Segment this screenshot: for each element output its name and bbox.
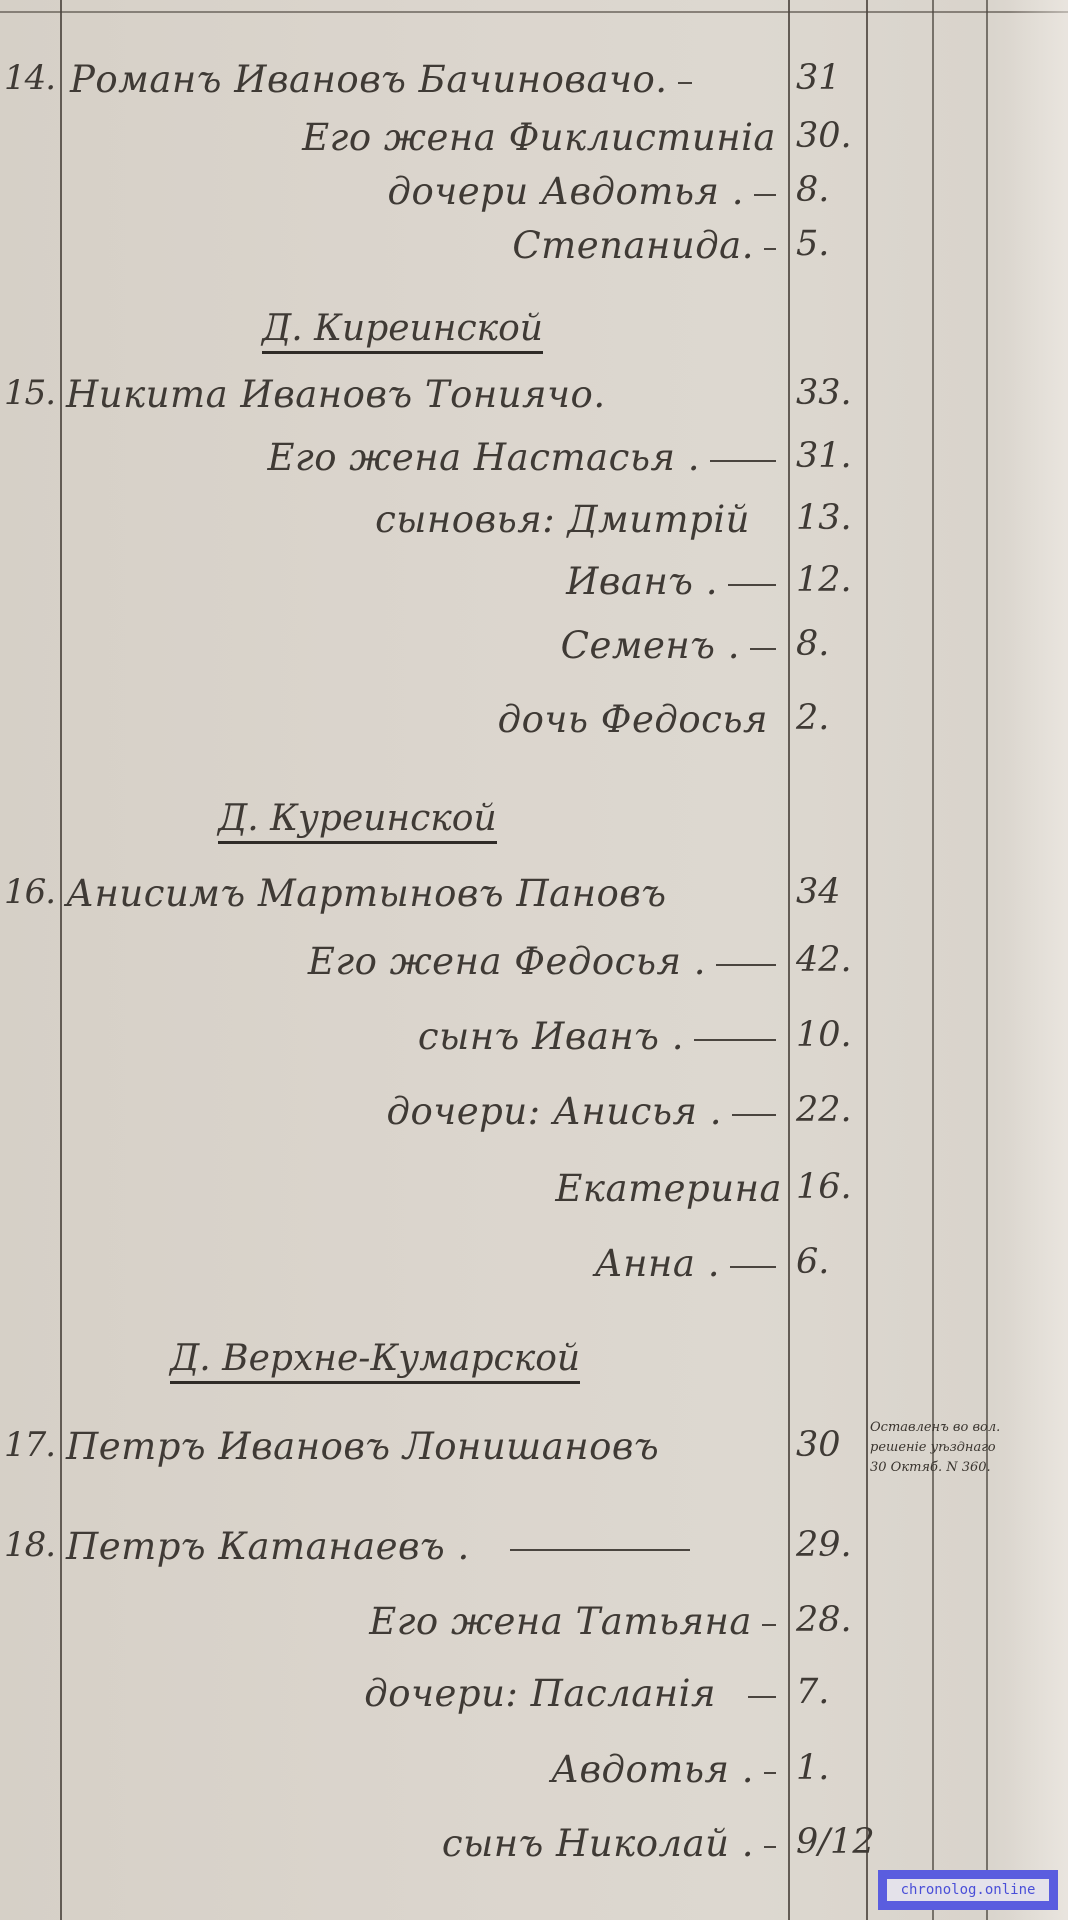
household-16-member: Екатерина 16. [0, 1167, 1068, 1227]
household-16-head: 16. Анисимъ Мартыновъ Пановъ 34 [0, 872, 1068, 932]
member-age: 29. [796, 1525, 862, 1565]
member-name: дочери: Пасланія [364, 1672, 776, 1715]
member-name: Его жена Фиклистиніа [302, 116, 776, 159]
household-18-member: дочери: Пасланія 7. [0, 1672, 1068, 1732]
member-name: сынъ Иванъ . [418, 1015, 776, 1058]
household-14-member: дочери Авдотья . 8. [0, 170, 1068, 230]
name-text: сынъ Иванъ . [418, 1015, 684, 1058]
household-15-member: Его жена Настасья . 31. [0, 436, 1068, 496]
member-name: Его жена Настасья . [268, 436, 776, 479]
household-15-head: 15. Никита Ивановъ Тониячо. 33. [0, 373, 1068, 433]
household-number: 16. [4, 872, 58, 912]
village-header: Д. Верхне-Кумарской [170, 1338, 580, 1379]
dash [730, 1266, 776, 1268]
member-age: 5. [796, 224, 862, 264]
name-text: Романъ Ивановъ Бачиновачо. [70, 58, 668, 101]
member-name: Его жена Федосья . [308, 940, 776, 983]
name-text: сынъ Николай . [442, 1822, 754, 1865]
member-age: 13. [796, 498, 862, 538]
name-text: дочери: Пасланія [364, 1672, 716, 1715]
dash [728, 584, 776, 586]
name-text: Анна . [595, 1242, 720, 1285]
member-name: Романъ Ивановъ Бачиновачо. [70, 58, 692, 101]
household-18-member: Авдотья . 1. [0, 1748, 1068, 1808]
dash [710, 460, 776, 462]
member-name: дочери Авдотья . [388, 170, 776, 213]
name-text: Его жена Настасья . [268, 436, 700, 479]
household-18-head: 18. Петръ Катанаевъ . 29. [0, 1525, 1068, 1585]
member-age: 12. [796, 560, 862, 600]
household-15-member: сыновья: Дмитрій 13. [0, 498, 1068, 558]
member-age: 30. [796, 116, 862, 156]
member-name: Анисимъ Мартыновъ Пановъ [66, 872, 667, 915]
household-18-member: Его жена Татьяна 28. [0, 1600, 1068, 1660]
member-age: 2. [796, 698, 862, 738]
top-rule [0, 11, 1068, 13]
dash [762, 1624, 776, 1626]
name-text: Авдотья . [551, 1748, 754, 1791]
dash [764, 1846, 776, 1848]
name-text: Его жена Татьяна [369, 1600, 752, 1643]
member-age: 10. [796, 1015, 862, 1055]
member-age: 22. [796, 1090, 862, 1130]
dash [510, 1549, 690, 1551]
member-name: Иванъ . [566, 560, 776, 603]
register-page: 14. Романъ Ивановъ Бачиновачо. 31 Его же… [0, 0, 1068, 1920]
household-16-member: Его жена Федосья . 42. [0, 940, 1068, 1000]
member-name: сынъ Николай . [442, 1822, 776, 1865]
household-16-member: дочери: Анисья . 22. [0, 1090, 1068, 1150]
member-age: 8. [796, 170, 862, 210]
member-age: 7. [796, 1672, 862, 1712]
member-age: 6. [796, 1242, 862, 1282]
household-14-member: Степанида. 5. [0, 224, 1068, 284]
household-15-member: Семенъ . 8. [0, 624, 1068, 684]
dash [764, 248, 776, 250]
dash [732, 1114, 776, 1116]
household-15-member: Иванъ . 12. [0, 560, 1068, 620]
household-14-head: 14. Романъ Ивановъ Бачиновачо. 31 [0, 58, 1068, 118]
household-number: 15. [4, 373, 58, 413]
member-age: 28. [796, 1600, 862, 1640]
member-age: 33. [796, 373, 862, 413]
dash [716, 964, 776, 966]
name-text: Петръ Катанаевъ . [66, 1525, 470, 1568]
member-name: Авдотья . [551, 1748, 776, 1791]
note-line: 30 Октяб. N 360. [870, 1458, 1050, 1478]
household-16-member: Анна . 6. [0, 1242, 1068, 1302]
member-name: Его жена Татьяна [369, 1600, 776, 1643]
household-14-member: Его жена Фиклистиніа 30. [0, 116, 1068, 176]
household-16-member: сынъ Иванъ . 10. [0, 1015, 1068, 1075]
dash [764, 1772, 776, 1774]
member-age: 8. [796, 624, 862, 664]
note-line: Оставленъ во вол. [870, 1418, 1050, 1438]
village-name: Д. Киреинской [262, 308, 543, 354]
member-name: Петръ Катанаевъ . [66, 1525, 690, 1568]
household-number: 17. [4, 1425, 58, 1465]
dash [754, 194, 776, 196]
member-age: 30 [796, 1425, 862, 1465]
watermark-badge: chronolog.online [878, 1870, 1058, 1910]
dash [748, 1696, 776, 1698]
household-15-member: дочь Федосья 2. [0, 698, 1068, 758]
village-name: Д. Куреинской [218, 798, 497, 844]
member-age: 1. [796, 1748, 862, 1788]
village-header: Д. Куреинской [218, 798, 497, 839]
member-name: Екатерина [555, 1167, 782, 1210]
name-text: дочери Авдотья . [388, 170, 744, 213]
member-name: сыновья: Дмитрій [375, 498, 750, 541]
member-age: 31 [796, 58, 862, 98]
village-header: Д. Киреинской [262, 308, 543, 349]
member-name: Никита Ивановъ Тониячо. [66, 373, 606, 416]
member-age: 16. [796, 1167, 862, 1207]
member-name: Степанида. [512, 224, 776, 267]
village-name: Д. Верхне-Кумарской [170, 1338, 580, 1384]
member-name: дочь Федосья [498, 698, 768, 741]
name-text: Иванъ . [566, 560, 718, 603]
watermark-text: chronolog.online [887, 1879, 1049, 1901]
member-name: Анна . [595, 1242, 776, 1285]
household-number: 14. [4, 58, 58, 98]
marginal-note: Оставленъ во вол. решеніе уѣзднаго 30 Ок… [870, 1418, 1050, 1478]
name-text: Степанида. [512, 224, 754, 267]
member-age: 42. [796, 940, 862, 980]
member-name: Семенъ . [561, 624, 776, 667]
household-number: 18. [4, 1525, 58, 1565]
name-text: Его жена Федосья . [308, 940, 706, 983]
member-age: 9/12 [796, 1822, 862, 1862]
dash [678, 82, 692, 84]
member-name: дочери: Анисья . [387, 1090, 777, 1133]
member-name: Петръ Ивановъ Лонишановъ [66, 1425, 659, 1468]
name-text: Семенъ . [561, 624, 740, 667]
member-age: 31. [796, 436, 862, 476]
dash [694, 1039, 776, 1041]
note-line: решеніе уѣзднаго [870, 1438, 1050, 1458]
dash [750, 648, 776, 650]
member-age: 34 [796, 872, 862, 912]
name-text: дочери: Анисья . [387, 1090, 723, 1133]
